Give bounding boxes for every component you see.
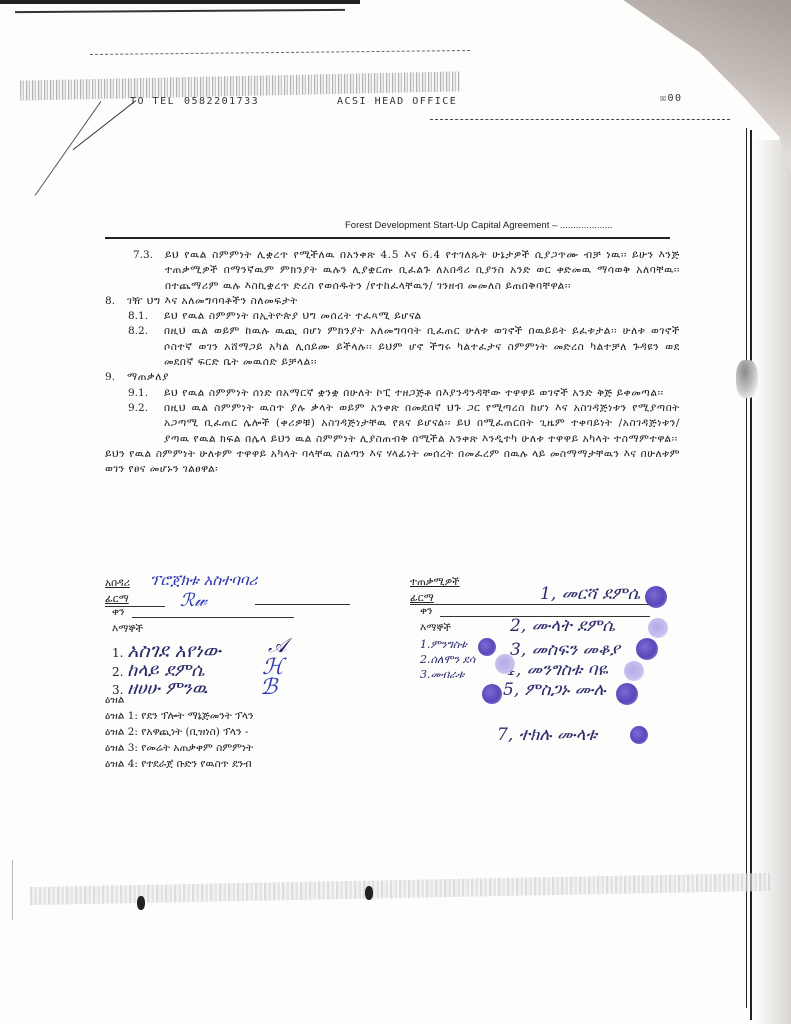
beneficiaries-witness-3: 3.መብራቱ	[420, 668, 464, 682]
annex-item-1: ዕዝል 1: የደን ፕሎት ማኔጅመንት ፕላን	[105, 708, 253, 724]
lender-heading: አበዳሪ	[105, 577, 130, 590]
fingerprint-stamp-7	[482, 684, 502, 704]
annex-list: ዕዝል ዕዝል 1: የደን ፕሎት ማኔጅመንት ፕላን ዕዝል 2: የአዋ…	[105, 692, 253, 772]
lender-date-line	[132, 617, 294, 618]
page-edge-shadow	[755, 140, 791, 1024]
signer-4: 4, መንግስቱ ባዬ	[505, 660, 608, 680]
signer-1: 1, መርሻ ደምሴ	[540, 584, 640, 604]
annex-label: ዕዝል	[105, 692, 253, 708]
punch-hole	[736, 360, 758, 398]
annex-item-4: ዕዝል 4: የተደራጀ ቡድን የዉስጥ ደንብ	[105, 756, 253, 772]
clause-9-1: 9.1. ይህ የዉል ስምምነት ሰነድ በአማርኛ ቋንቋ በሁለት ኮፒ …	[105, 386, 680, 401]
scan-edge-left	[12, 860, 13, 920]
clause-9-heading: 9. ማጠቃለያ	[105, 370, 680, 385]
fingerprint-stamp-4	[636, 638, 658, 660]
lender-date-label: ቀን	[112, 606, 125, 619]
document-title: Forest Development Start-Up Capital Agre…	[345, 220, 613, 231]
fax-page-marker: ☒00	[660, 93, 683, 104]
fingerprint-stamp-5	[495, 654, 515, 674]
beneficiaries-witnesses-label: እማኞች	[420, 622, 451, 635]
beneficiaries-witness-2: 2.ሰለሞን ደሳ	[420, 653, 475, 667]
beneficiaries-witness-1: 1.ምንግስቱ	[420, 638, 467, 652]
signer-2: 2, ሙላት ደምሴ	[510, 616, 615, 636]
closing-paragraph: ይህን የዉል ስምምነት ሁለቱም ተዋዋይ አካላት ባላቸዉ ስልጣን እ…	[105, 447, 680, 478]
witness-1-signature: 𝒜	[268, 633, 287, 657]
clause-8-heading: 8. ገዥ ህግ እና አለመግባባቶችን ስለመፍታት	[105, 294, 680, 309]
signer-5: 5, ምስጋኑ ሙሉ	[503, 680, 606, 700]
lender-name-handwritten: ፕሮጀክቱ አስተባባሪ	[150, 571, 257, 589]
fingerprint-stamp-9	[630, 726, 648, 744]
clause-8-1: 8.1. ይህ የዉል ስምምነት በኢትዮጵያ ህግ መሰረት ተፈጻሚ ይሆ…	[105, 309, 680, 324]
annex-item-3: ዕዝል 3: የመሬት አጠቃቀም ስምምነት	[105, 740, 253, 756]
fingerprint-stamp-8	[616, 683, 638, 705]
lender-signature-line-2	[255, 604, 350, 605]
lender-signature-label: ፊርማ	[105, 593, 129, 606]
fingerprint-stamp-2	[648, 618, 668, 638]
beneficiaries-date-label: ቀን	[420, 605, 433, 618]
fingerprint-stamp-3	[478, 638, 496, 656]
fingerprint-stamp-1	[645, 586, 667, 608]
signer-3: 3, መስፍን መቆያ	[510, 640, 620, 660]
clause-9-2: 9.2. በዚህ ዉል ስምምነት ዉስጥ ያሉ ቃላት ወይም አንቀጽ በመ…	[105, 401, 680, 447]
scan-border	[0, 0, 360, 4]
witness-3-signature: ℬ	[260, 675, 277, 700]
lender-witnesses-label: እማኞች	[112, 623, 143, 636]
clause-7-3: 7.3. ይህ የዉል ስምምነት ሊቋረጥ የሚችለዉ በአንቀጽ 4.5 እ…	[105, 248, 680, 294]
annex-item-2: ዕዝል 2: የአዋጪነት (ቢዝነስ) ፕላን -	[105, 724, 253, 740]
lender-signature-scribble: ℛ𝓌	[180, 590, 207, 611]
scan-blot	[365, 886, 373, 900]
scan-blot	[137, 896, 145, 910]
fax-tel-number: 0582201733	[184, 96, 259, 107]
header-rule	[430, 119, 730, 121]
scanned-page	[0, 0, 791, 1024]
title-rule	[105, 237, 670, 239]
beneficiaries-signature-line	[410, 604, 660, 605]
clause-8-2: 8.2. በዚህ ዉል ወይም ከዉሉ ዉጪ በሆነ ምክንያት አለመግባባት…	[105, 324, 680, 370]
signer-7: 7, ተክሉ ሙላቱ	[497, 725, 597, 745]
fax-page-icon: ☒	[660, 93, 668, 104]
fingerprint-stamp-6	[624, 661, 644, 681]
beneficiaries-heading: ተጠቃሚዎች	[410, 576, 460, 589]
fax-tel-label: TO TEL	[130, 96, 175, 107]
agreement-body: 7.3. ይህ የዉል ስምምነት ሊቋረጥ የሚችለዉ በአንቀጽ 4.5 እ…	[105, 248, 680, 477]
lender-witness-1: 1. አስገደ አየነው	[112, 640, 221, 662]
fax-office: ACSI HEAD OFFICE	[337, 96, 457, 107]
